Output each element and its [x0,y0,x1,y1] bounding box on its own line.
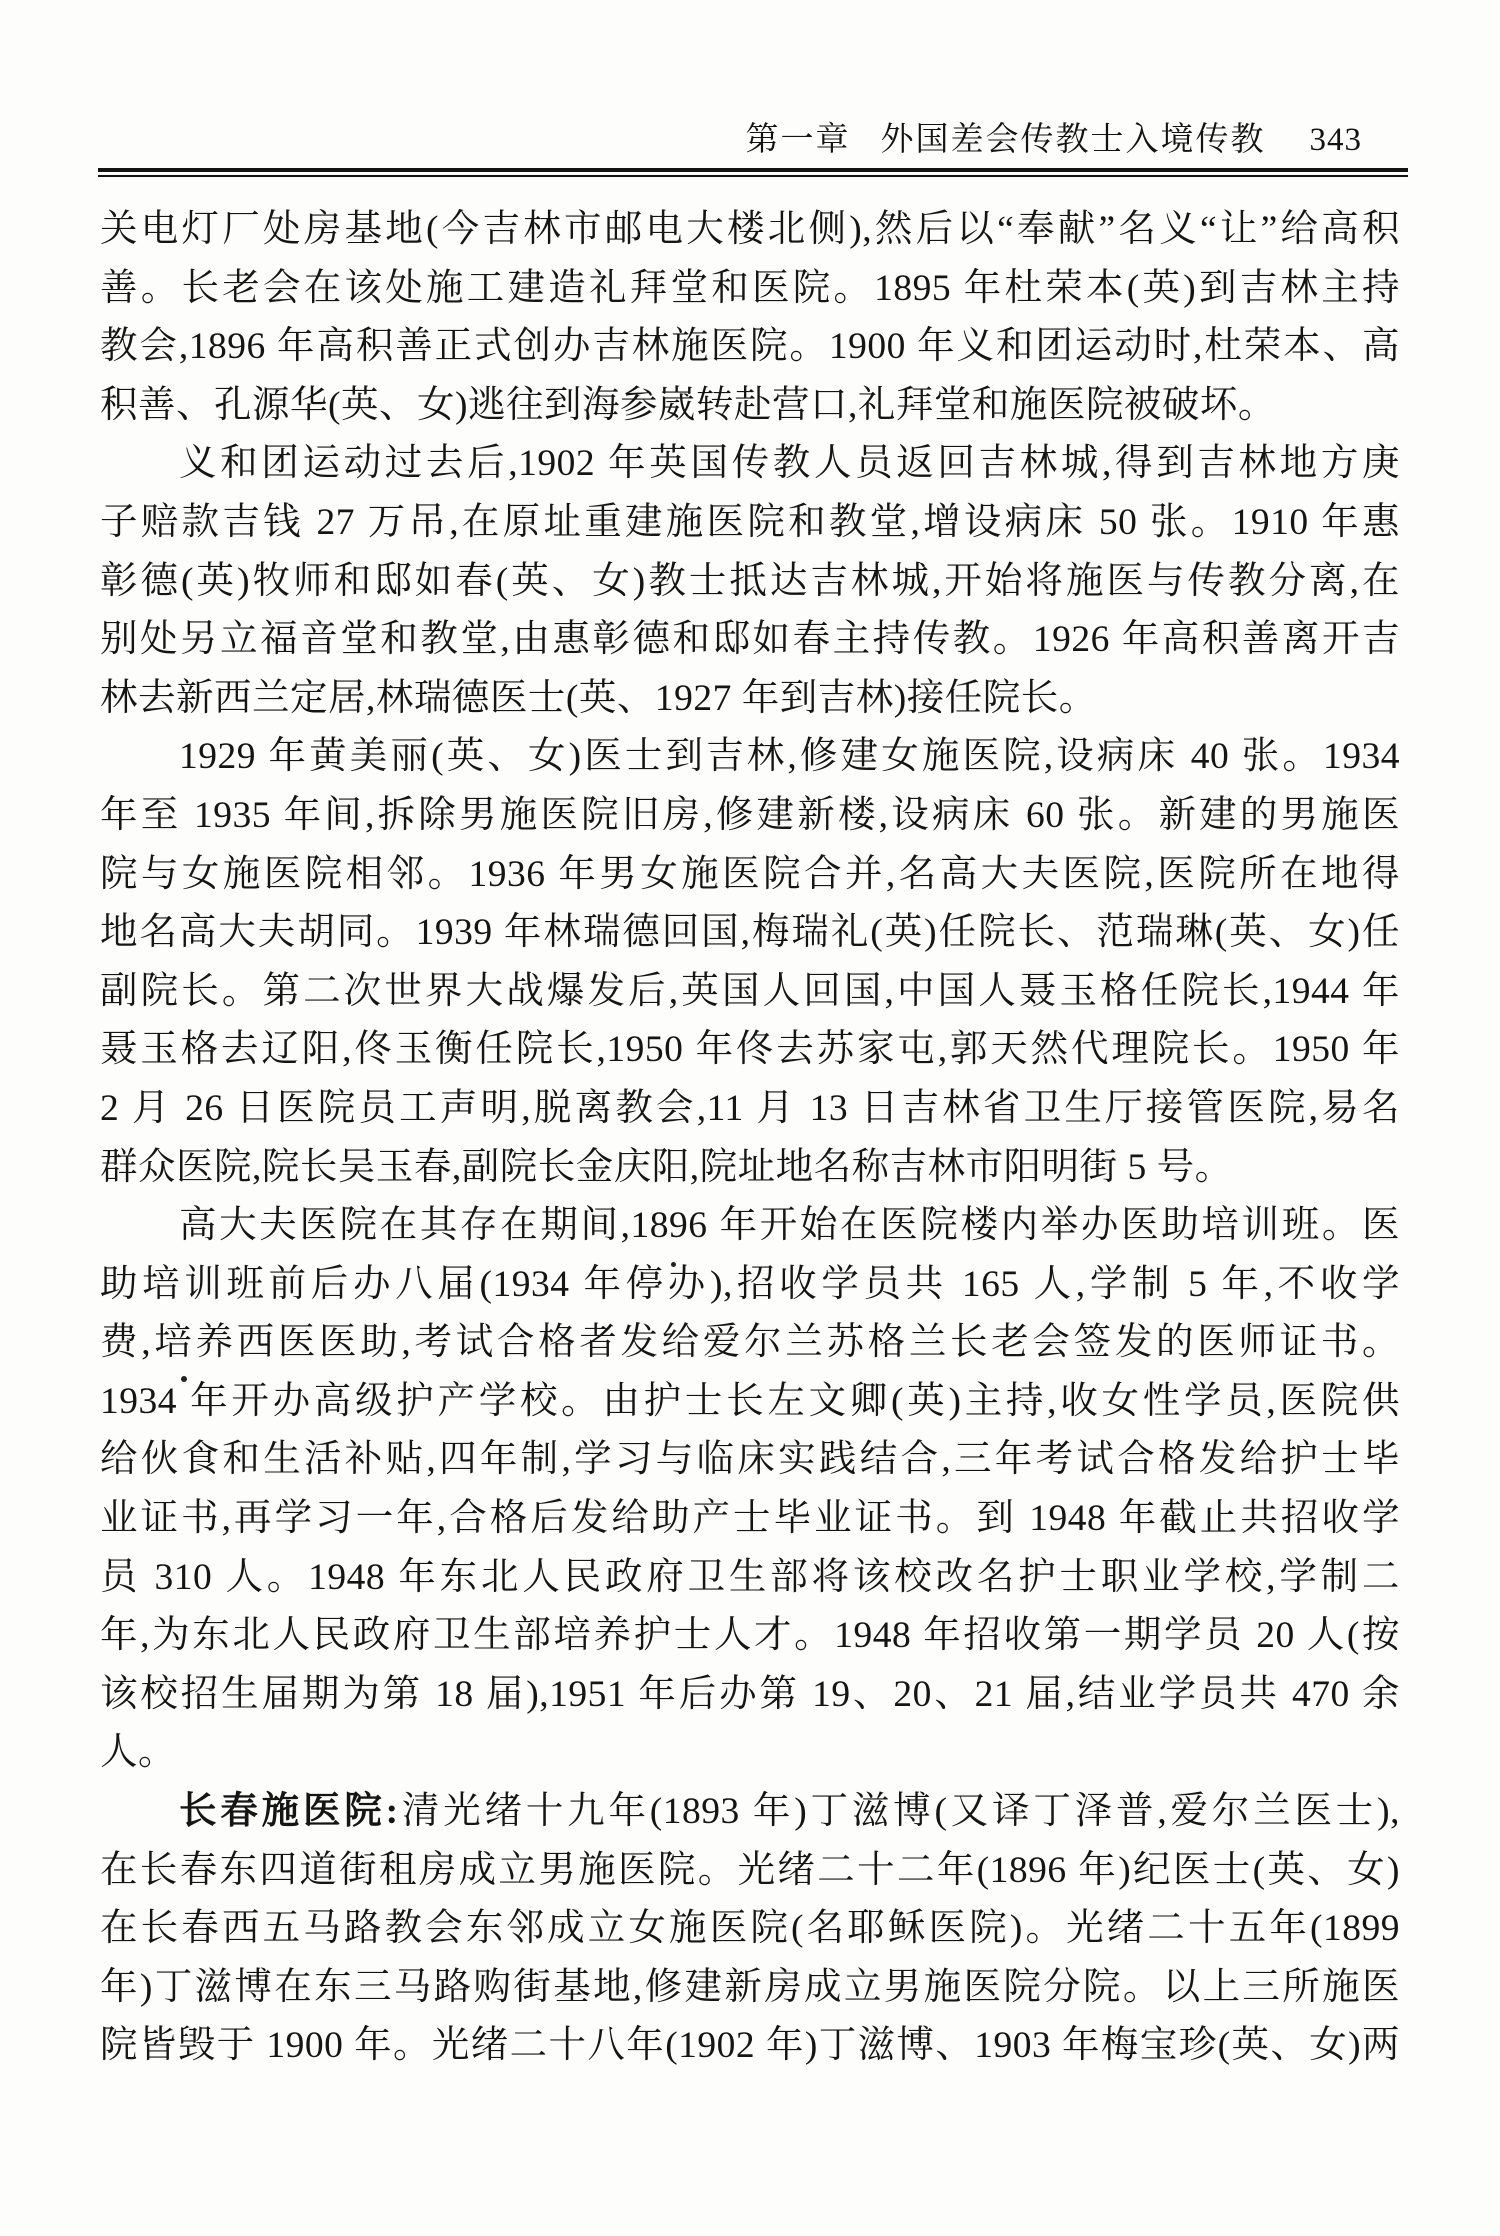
ink-speck [671,1262,676,1267]
body-text: 关电灯厂处房基地(今吉林市邮电大楼北侧),然后以“奉献”名义“让”给高积善。长老… [100,201,1400,2076]
text-line: 义和团运动过去后,1902 年英国传教人员返回吉林城,得到吉林地方庚 [100,435,1400,494]
text-line: 2 月 26 日医院员工声明,脱离教会,11 月 13 日吉林省卫生厅接管医院,… [100,1080,1400,1139]
text-line: 彰德(英)牧师和邸如春(英、女)教士抵达吉林城,开始将施医与传教分离,在 [100,553,1400,612]
header-rule [98,168,1408,177]
ink-speck [181,1376,187,1382]
text-line: 人。 [100,1724,1400,1783]
text-line: 子赔款吉钱 27 万吊,在原址重建施医院和教堂,增设病床 50 张。1910 年… [100,494,1400,553]
text-line: 积善、孔源华(英、女)逃往到海参崴转赴营口,礼拜堂和施医院被破坏。 [100,377,1400,436]
text-line: 善。长老会在该处施工建造礼拜堂和医院。1895 年杜荣本(英)到吉林主持 [100,260,1400,319]
chapter-label: 第一章 [746,122,851,158]
page-header: 第一章外国差会传教士入境传教343 [746,120,1363,160]
text-line: 关电灯厂处房基地(今吉林市邮电大楼北侧),然后以“奉献”名义“让”给高积 [100,201,1400,260]
text-line: 费,培养西医医助,考试合格者发给爱尔兰苏格兰长老会签发的医师证书。 [100,1314,1400,1373]
text-line: 教会,1896 年高积善正式创办吉林施医院。1900 年义和团运动时,杜荣本、高 [100,318,1400,377]
text-line: 聂玉格去辽阳,佟玉衡任院长,1950 年佟去苏家屯,郭天然代理院长。1950 年 [100,1021,1400,1080]
page-number: 343 [1310,122,1363,158]
book-page: 第一章外国差会传教士入境传教343 关电灯厂处房基地(今吉林市邮电大楼北侧),然… [0,0,1500,2236]
text-line: 1929 年黄美丽(英、女)医士到吉林,修建女施医院,设病床 40 张。1934 [100,728,1400,787]
text-line: 业证书,再学习一年,合格后发给助产士毕业证书。到 1948 年截止共招收学 [100,1490,1400,1549]
text-line: 给伙食和生活补贴,四年制,学习与临床实践结合,三年考试合格发给护士毕 [100,1431,1400,1490]
text-line: 助培训班前后办八届(1934 年停办),招收学员共 165 人,学制 5 年,不… [100,1256,1400,1315]
text-line: 地名高大夫胡同。1939 年林瑞德回国,梅瑞礼(英)任院长、范瑞琳(英、女)任 [100,904,1400,963]
text-line: 在长春东四道街租房成立男施医院。光绪二十二年(1896 年)纪医士(英、女) [100,1842,1400,1901]
chapter-title: 外国差会传教士入境传教 [881,122,1266,158]
text-line: 院皆毁于 1900 年。光绪二十八年(1902 年)丁滋博、1903 年梅宝珍(… [100,2017,1400,2076]
text-line: 院与女施医院相邻。1936 年男女施医院合并,名高大夫医院,医院所在地得 [100,846,1400,905]
text-line: 长春施医院:清光绪十九年(1893 年)丁滋博(又译丁泽普,爱尔兰医士), [100,1783,1400,1842]
text-line: 该校招生届期为第 18 届),1951 年后办第 19、20、21 届,结业学员… [100,1666,1400,1725]
text-line: 群众医院,院长吴玉春,副院长金庆阳,院址地名称吉林市阳明街 5 号。 [100,1139,1400,1198]
text-line: 1934 年开办高级护产学校。由护士长左文卿(英)主持,收女性学员,医院供 [100,1373,1400,1432]
text-line: 林去新西兰定居,林瑞德医士(英、1927 年到吉林)接任院长。 [100,670,1400,729]
text-line: 年)丁滋博在东三马路购街基地,修建新房成立男施医院分院。以上三所施医 [100,1959,1400,2018]
text-line: 副院长。第二次世界大战爆发后,英国人回国,中国人聂玉格任院长,1944 年 [100,963,1400,1022]
text-line: 在长春西五马路教会东邻成立女施医院(名耶稣医院)。光绪二十五年(1899 [100,1900,1400,1959]
text-line: 员 310 人。1948 年东北人民政府卫生部将该校改名护士职业学校,学制二 [100,1549,1400,1608]
text-line: 年,为东北人民政府卫生部培养护士人才。1948 年招收第一期学员 20 人(按 [100,1607,1400,1666]
text-line: 高大夫医院在其存在期间,1896 年开始在医院楼内举办医助培训班。医 [100,1197,1400,1256]
text-line: 别处另立福音堂和教堂,由惠彰德和邸如春主持传教。1926 年高积善离开吉 [100,611,1400,670]
text-line: 年至 1935 年间,拆除男施医院旧房,修建新楼,设病床 60 张。新建的男施医 [100,787,1400,846]
entry-heading: 长春施医院: [179,1791,399,1832]
